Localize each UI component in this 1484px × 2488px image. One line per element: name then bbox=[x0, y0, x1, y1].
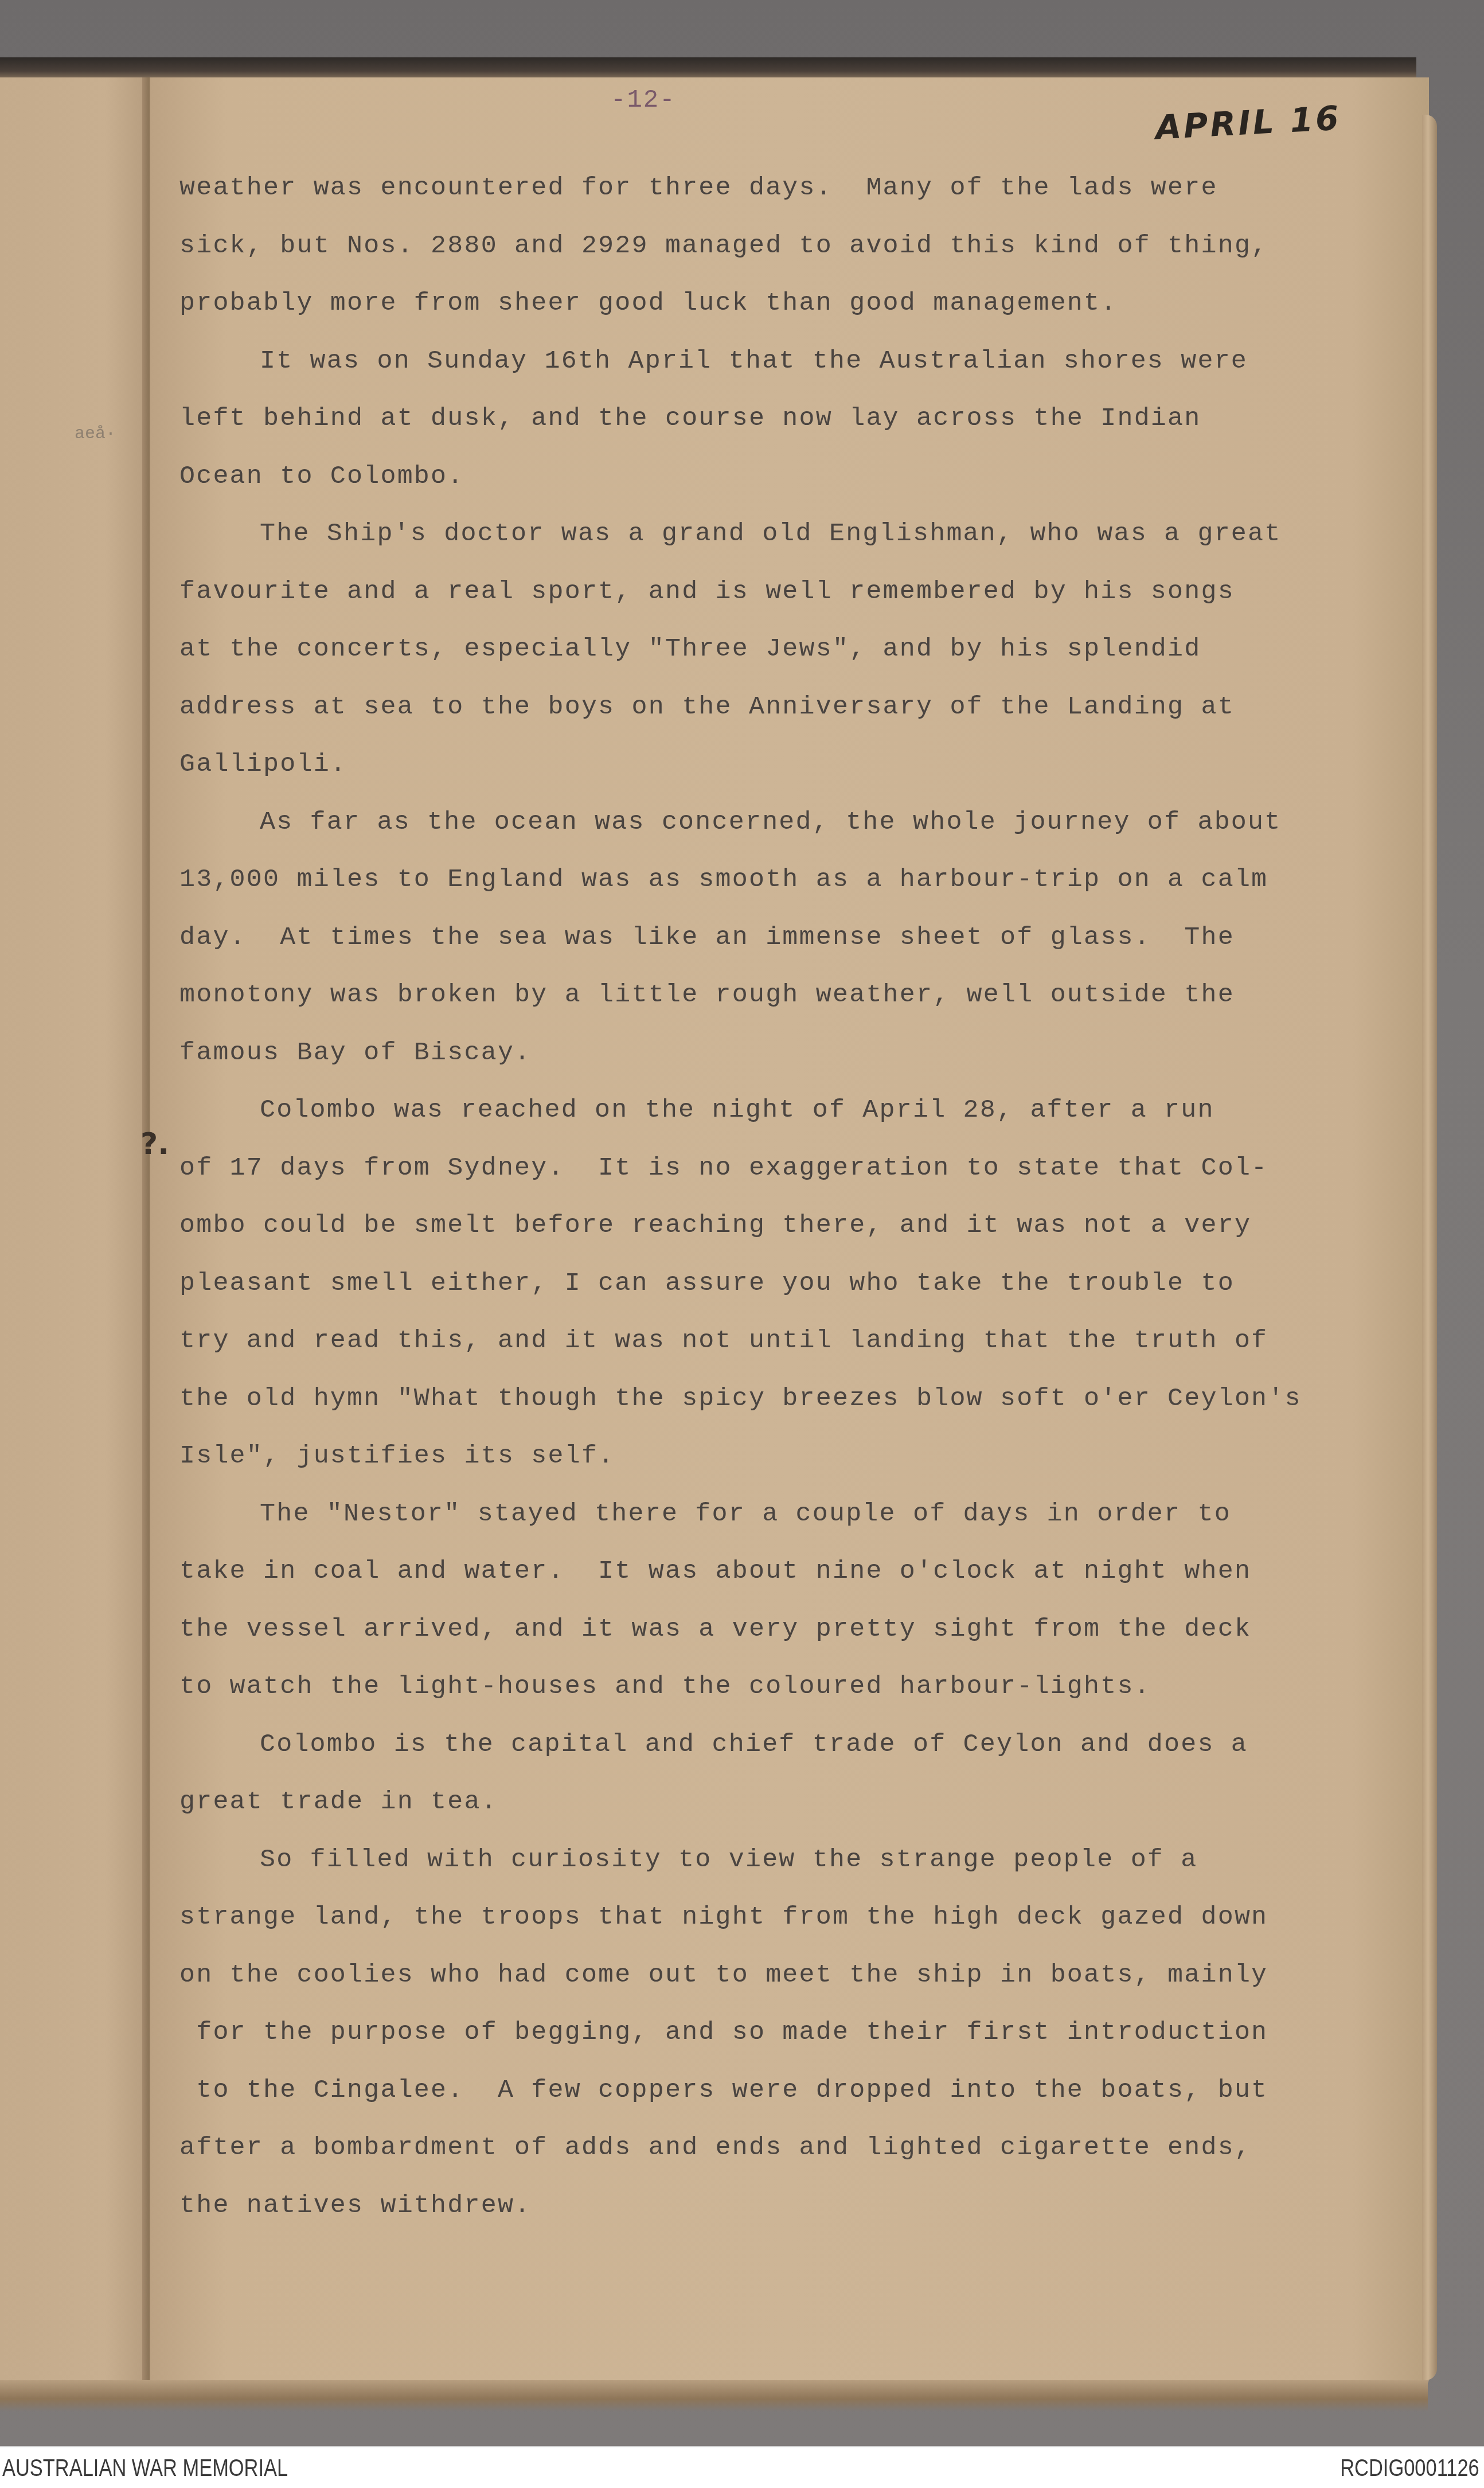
page-number: -12- bbox=[611, 86, 676, 115]
text-line: after a bombardment of adds and ends and… bbox=[179, 2119, 1384, 2177]
text-line: Gallipoli. bbox=[179, 736, 1384, 794]
text-line: great trade in tea. bbox=[179, 1773, 1384, 1831]
text-line: on the coolies who had come out to meet … bbox=[179, 1947, 1384, 2005]
text-line: the old hymn "What though the spicy bree… bbox=[179, 1370, 1384, 1428]
book-bottom-edge bbox=[0, 2380, 1428, 2412]
text-line: weather was encountered for three days. … bbox=[179, 159, 1384, 217]
text-line: to the Cingalee. A few coppers were drop… bbox=[179, 2062, 1384, 2120]
typewritten-body: weather was encountered for three days. … bbox=[179, 159, 1384, 2234]
text-line: Colombo is the capital and chief trade o… bbox=[179, 1716, 1384, 1774]
text-line: for the purpose of begging, and so made … bbox=[179, 2004, 1384, 2062]
text-line: pleasant smell either, I can assure you … bbox=[179, 1255, 1384, 1313]
text-line: favourite and a real sport, and is well … bbox=[179, 563, 1384, 621]
text-line: It was on Sunday 16th April that the Aus… bbox=[179, 333, 1384, 391]
text-line: ombo could be smelt before reaching ther… bbox=[179, 1197, 1384, 1255]
footer-record-id: RCDIG0001126 bbox=[1340, 2454, 1479, 2482]
text-line: famous Bay of Biscay. bbox=[179, 1024, 1384, 1082]
text-line: to watch the light-houses and the colour… bbox=[179, 1658, 1384, 1716]
page-stack-edge bbox=[1422, 115, 1437, 2380]
book-top-edge bbox=[0, 57, 1416, 80]
footer-institution: AUSTRALIAN WAR MEMORIAL bbox=[2, 2454, 288, 2482]
text-line: 13,000 miles to England was as smooth as… bbox=[179, 851, 1384, 909]
text-line: Colombo was reached on the night of Apri… bbox=[179, 1082, 1384, 1140]
text-line: The Ship's doctor was a grand old Englis… bbox=[179, 505, 1384, 563]
text-line: day. At times the sea was like an immens… bbox=[179, 909, 1384, 967]
text-line: monotony was broken by a little rough we… bbox=[179, 966, 1384, 1024]
text-line: The "Nestor" stayed there for a couple o… bbox=[179, 1485, 1384, 1543]
text-line: at the concerts, especially "Three Jews"… bbox=[179, 621, 1384, 678]
text-line: As far as the ocean was concerned, the w… bbox=[179, 794, 1384, 852]
margin-question-mark: ?. bbox=[140, 1127, 169, 1161]
scanned-book-image: aeå· -12- APRIL 16 ?. weather was encoun… bbox=[0, 0, 1484, 2446]
text-line: address at sea to the boys on the Annive… bbox=[179, 678, 1384, 736]
text-line: of 17 days from Sydney. It is no exagger… bbox=[179, 1140, 1384, 1198]
text-line: Ocean to Colombo. bbox=[179, 448, 1384, 506]
text-line: probably more from sheer good luck than … bbox=[179, 275, 1384, 333]
text-line: So filled with curiosity to view the str… bbox=[179, 1831, 1384, 1889]
text-line: strange land, the troops that night from… bbox=[179, 1889, 1384, 1947]
text-line: Isle", justifies its self. bbox=[179, 1428, 1384, 1485]
text-line: sick, but Nos. 2880 and 2929 managed to … bbox=[179, 217, 1384, 275]
text-line: try and read this, and it was not until … bbox=[179, 1312, 1384, 1370]
left-page: aeå· bbox=[0, 77, 150, 2400]
text-line: the natives withdrew. bbox=[179, 2177, 1384, 2235]
left-page-faint-text: aeå· bbox=[75, 424, 116, 444]
footer-bar: AUSTRALIAN WAR MEMORIAL RCDIG0001126 bbox=[0, 2446, 1484, 2488]
text-line: take in coal and water. It was about nin… bbox=[179, 1543, 1384, 1601]
text-line: left behind at dusk, and the course now … bbox=[179, 390, 1384, 448]
text-line: the vessel arrived, and it was a very pr… bbox=[179, 1601, 1384, 1659]
